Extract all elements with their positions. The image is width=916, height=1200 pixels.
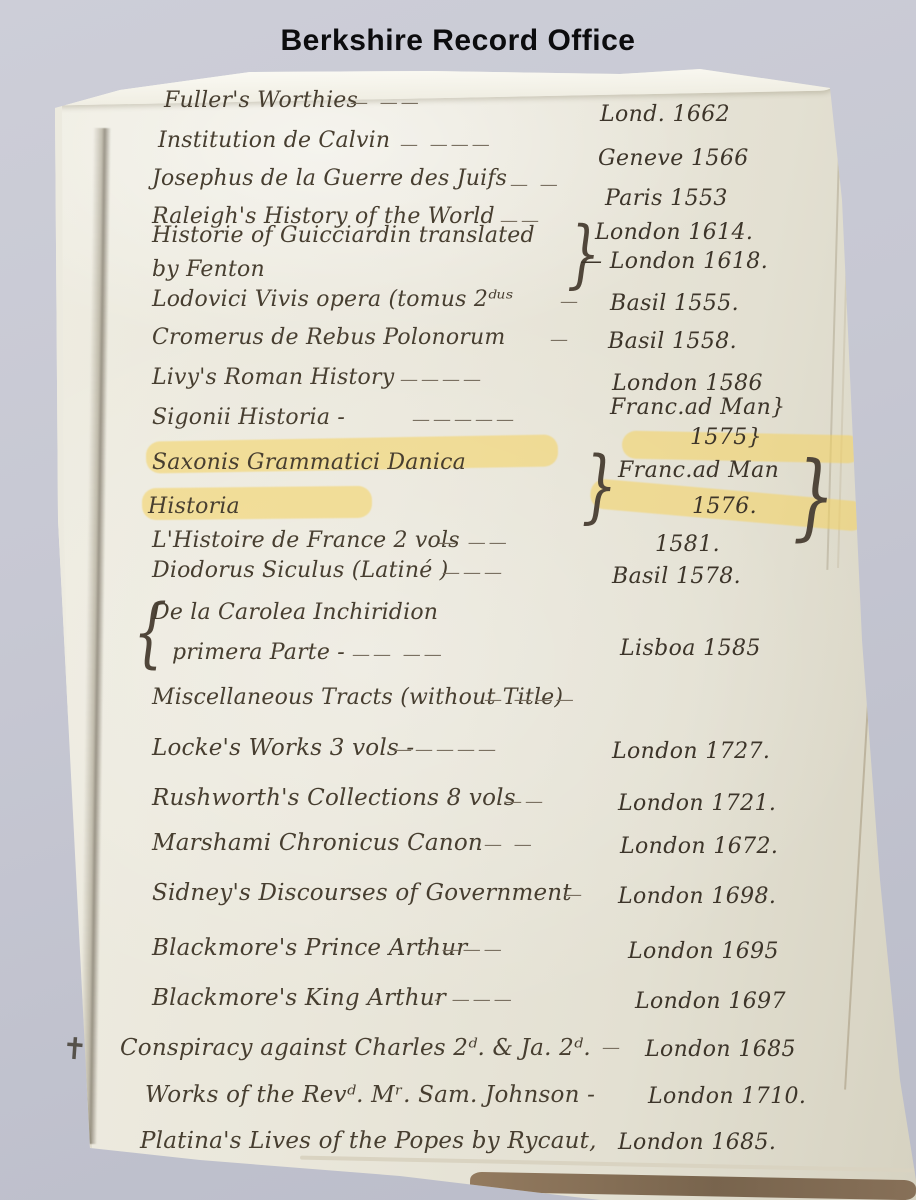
catalog-entry: { De la Carolea Inchiridion primera Part… — [112, 600, 872, 680]
entry-dashes: ———— — [400, 369, 484, 390]
entry-dashes: - ——— — [424, 939, 505, 960]
entry-imprint: Lisboa 1585 — [620, 636, 761, 661]
entry-title: Blackmore's King Arthur — [152, 985, 446, 1011]
entry-dashes: ————— — [412, 409, 517, 430]
entry-imprint-line2: 1575} — [690, 425, 762, 450]
entry-title-line2: by Fenton — [152, 257, 265, 282]
entry-title: Institution de Calvin — [158, 128, 390, 153]
entry-title-line2: Historia — [148, 494, 240, 519]
entry-title: Historie of Guicciardin translated — [152, 223, 535, 248]
catalog-entry: Blackmore's Prince Arthur - ——— London 1… — [112, 935, 872, 975]
entry-imprint: London 1695 — [628, 939, 779, 964]
entry-title: Blackmore's Prince Arthur — [152, 935, 467, 961]
catalog-entry-highlighted: Saxonis Grammatici Danica Historia } Fra… — [112, 450, 872, 540]
catalog-entry: Lodovici Vivis opera (tomus 2ᵈᵘˢ — Basil… — [112, 287, 872, 327]
manuscript-page: Fuller's Worthies — —— Lond. 1662 Instit… — [0, 0, 916, 1200]
entry-imprint: London 1710. — [648, 1084, 806, 1109]
entry-dashes: — — [602, 1037, 623, 1058]
entry-dashes: — — — [484, 834, 535, 855]
entry-imprint: Basil 1555. — [610, 291, 739, 316]
entry-title: Josephus de la Guerre des Juifs — [152, 166, 507, 191]
entry-dashes: — — — [510, 174, 561, 195]
catalog-entry: Rushworth's Collections 8 vols —— London… — [112, 785, 872, 825]
entry-imprint: Basil 1558. — [608, 329, 737, 354]
catalogue-entries: Fuller's Worthies — —— Lond. 1662 Instit… — [112, 86, 872, 1186]
catalog-entry: Miscellaneous Tracts (without Title) — —… — [112, 685, 872, 725]
catalog-entry: Marshami Chronicus Canon — — London 1672… — [112, 830, 872, 870]
entry-dashes: — —— — [350, 92, 422, 113]
entry-title: Sigonii Historia - — [152, 405, 345, 430]
entry-title: Sidney's Discourses of Government — [152, 880, 572, 906]
catalog-entry: Institution de Calvin — ——— Geneve 1566 — [112, 128, 872, 168]
entry-title-line2: primera Parte - — [172, 640, 345, 665]
entry-imprint: Franc.ad Man — [618, 458, 779, 483]
archive-title: Berkshire Record Office — [0, 24, 916, 58]
entry-imprint: London 1586 — [612, 371, 763, 396]
entry-imprint: — London 1618. — [580, 249, 768, 274]
catalog-entry: Josephus de la Guerre des Juifs — — Pari… — [112, 166, 872, 206]
catalog-entry: Works of the Revᵈ. Mʳ. Sam. Johnson - Lo… — [112, 1082, 872, 1122]
entry-title: Works of the Revᵈ. Mʳ. Sam. Johnson - — [145, 1082, 595, 1108]
entry-title: Saxonis Grammatici Danica — [152, 450, 466, 475]
entry-imprint: Franc.ad Man} — [610, 395, 786, 420]
entry-imprint: London 1685. — [618, 1130, 776, 1155]
entry-dashes: ——— — [442, 562, 505, 583]
catalog-entry: Sidney's Discourses of Government — Lond… — [112, 880, 872, 920]
entry-imprint: London 1698. — [618, 884, 776, 909]
entry-title: Rushworth's Collections 8 vols — [152, 785, 516, 811]
catalog-entry: Diodorus Siculus (Latiné ) ——— Basil 157… — [112, 558, 872, 598]
grouping-brace: } — [582, 446, 618, 526]
entry-imprint: London 1727. — [612, 739, 770, 764]
entry-dashes: - ——— — [434, 989, 515, 1010]
entry-imprint: 1581. — [655, 532, 720, 557]
entry-dashes: — ——— — [400, 134, 493, 155]
entry-imprint-line2: 1576. — [692, 494, 757, 519]
entry-dashes: — — [550, 329, 571, 350]
catalog-entry: Conspiracy against Charles 2ᵈ. & Ja. 2ᵈ.… — [112, 1035, 872, 1075]
catalog-entry: Fuller's Worthies — —— Lond. 1662 — [112, 88, 872, 128]
entry-title: Locke's Works 3 vols - — [152, 735, 414, 761]
entry-dashes: —— — [504, 791, 546, 812]
entry-dashes: —— —— — [352, 644, 445, 665]
entry-dashes: ————— — [394, 739, 499, 760]
entry-title: Diodorus Siculus (Latiné ) — [152, 558, 448, 583]
entry-imprint: Lond. 1662 — [600, 102, 730, 127]
photograph-of-manuscript: Berkshire Record Office Fuller's Worthie… — [0, 0, 916, 1200]
catalog-entry: Locke's Works 3 vols - ————— London 1727… — [112, 735, 872, 775]
catalog-entry: Platina's Lives of the Popes by Rycaut, … — [112, 1128, 872, 1168]
entry-imprint: London 1685 — [645, 1037, 796, 1062]
entry-dashes: — —— — [438, 532, 510, 553]
entry-imprint: London 1697 — [635, 989, 786, 1014]
entry-title: De la Carolea Inchiridion — [152, 600, 438, 625]
entry-title: Platina's Lives of the Popes by Rycaut, — [140, 1128, 597, 1154]
entry-title: Marshami Chronicus Canon — [152, 830, 483, 856]
entry-title: Cromerus de Rebus Polonorum — [152, 325, 505, 350]
catalog-entry: Cromerus de Rebus Polonorum — Basil 1558… — [112, 325, 872, 365]
entry-title: Fuller's Worthies — [164, 88, 358, 113]
margin-cross-mark: ✝ — [61, 1031, 89, 1068]
entry-title: Conspiracy against Charles 2ᵈ. & Ja. 2ᵈ. — [120, 1035, 591, 1061]
entry-title: Livy's Roman History — [152, 365, 394, 390]
entry-dashes: — — [560, 291, 581, 312]
entry-title: Lodovici Vivis opera (tomus 2ᵈᵘˢ — [152, 287, 514, 312]
entry-imprint: London 1721. — [618, 791, 776, 816]
entry-imprint: London 1672. — [620, 834, 778, 859]
entry-dashes: — — [564, 884, 585, 905]
entry-title: L'Histoire de France 2 vols — [152, 528, 460, 553]
catalog-entry: Blackmore's King Arthur - ——— London 169… — [112, 985, 872, 1025]
entry-imprint: Basil 1578. — [612, 564, 741, 589]
entry-dashes: — ——— — [484, 689, 577, 710]
